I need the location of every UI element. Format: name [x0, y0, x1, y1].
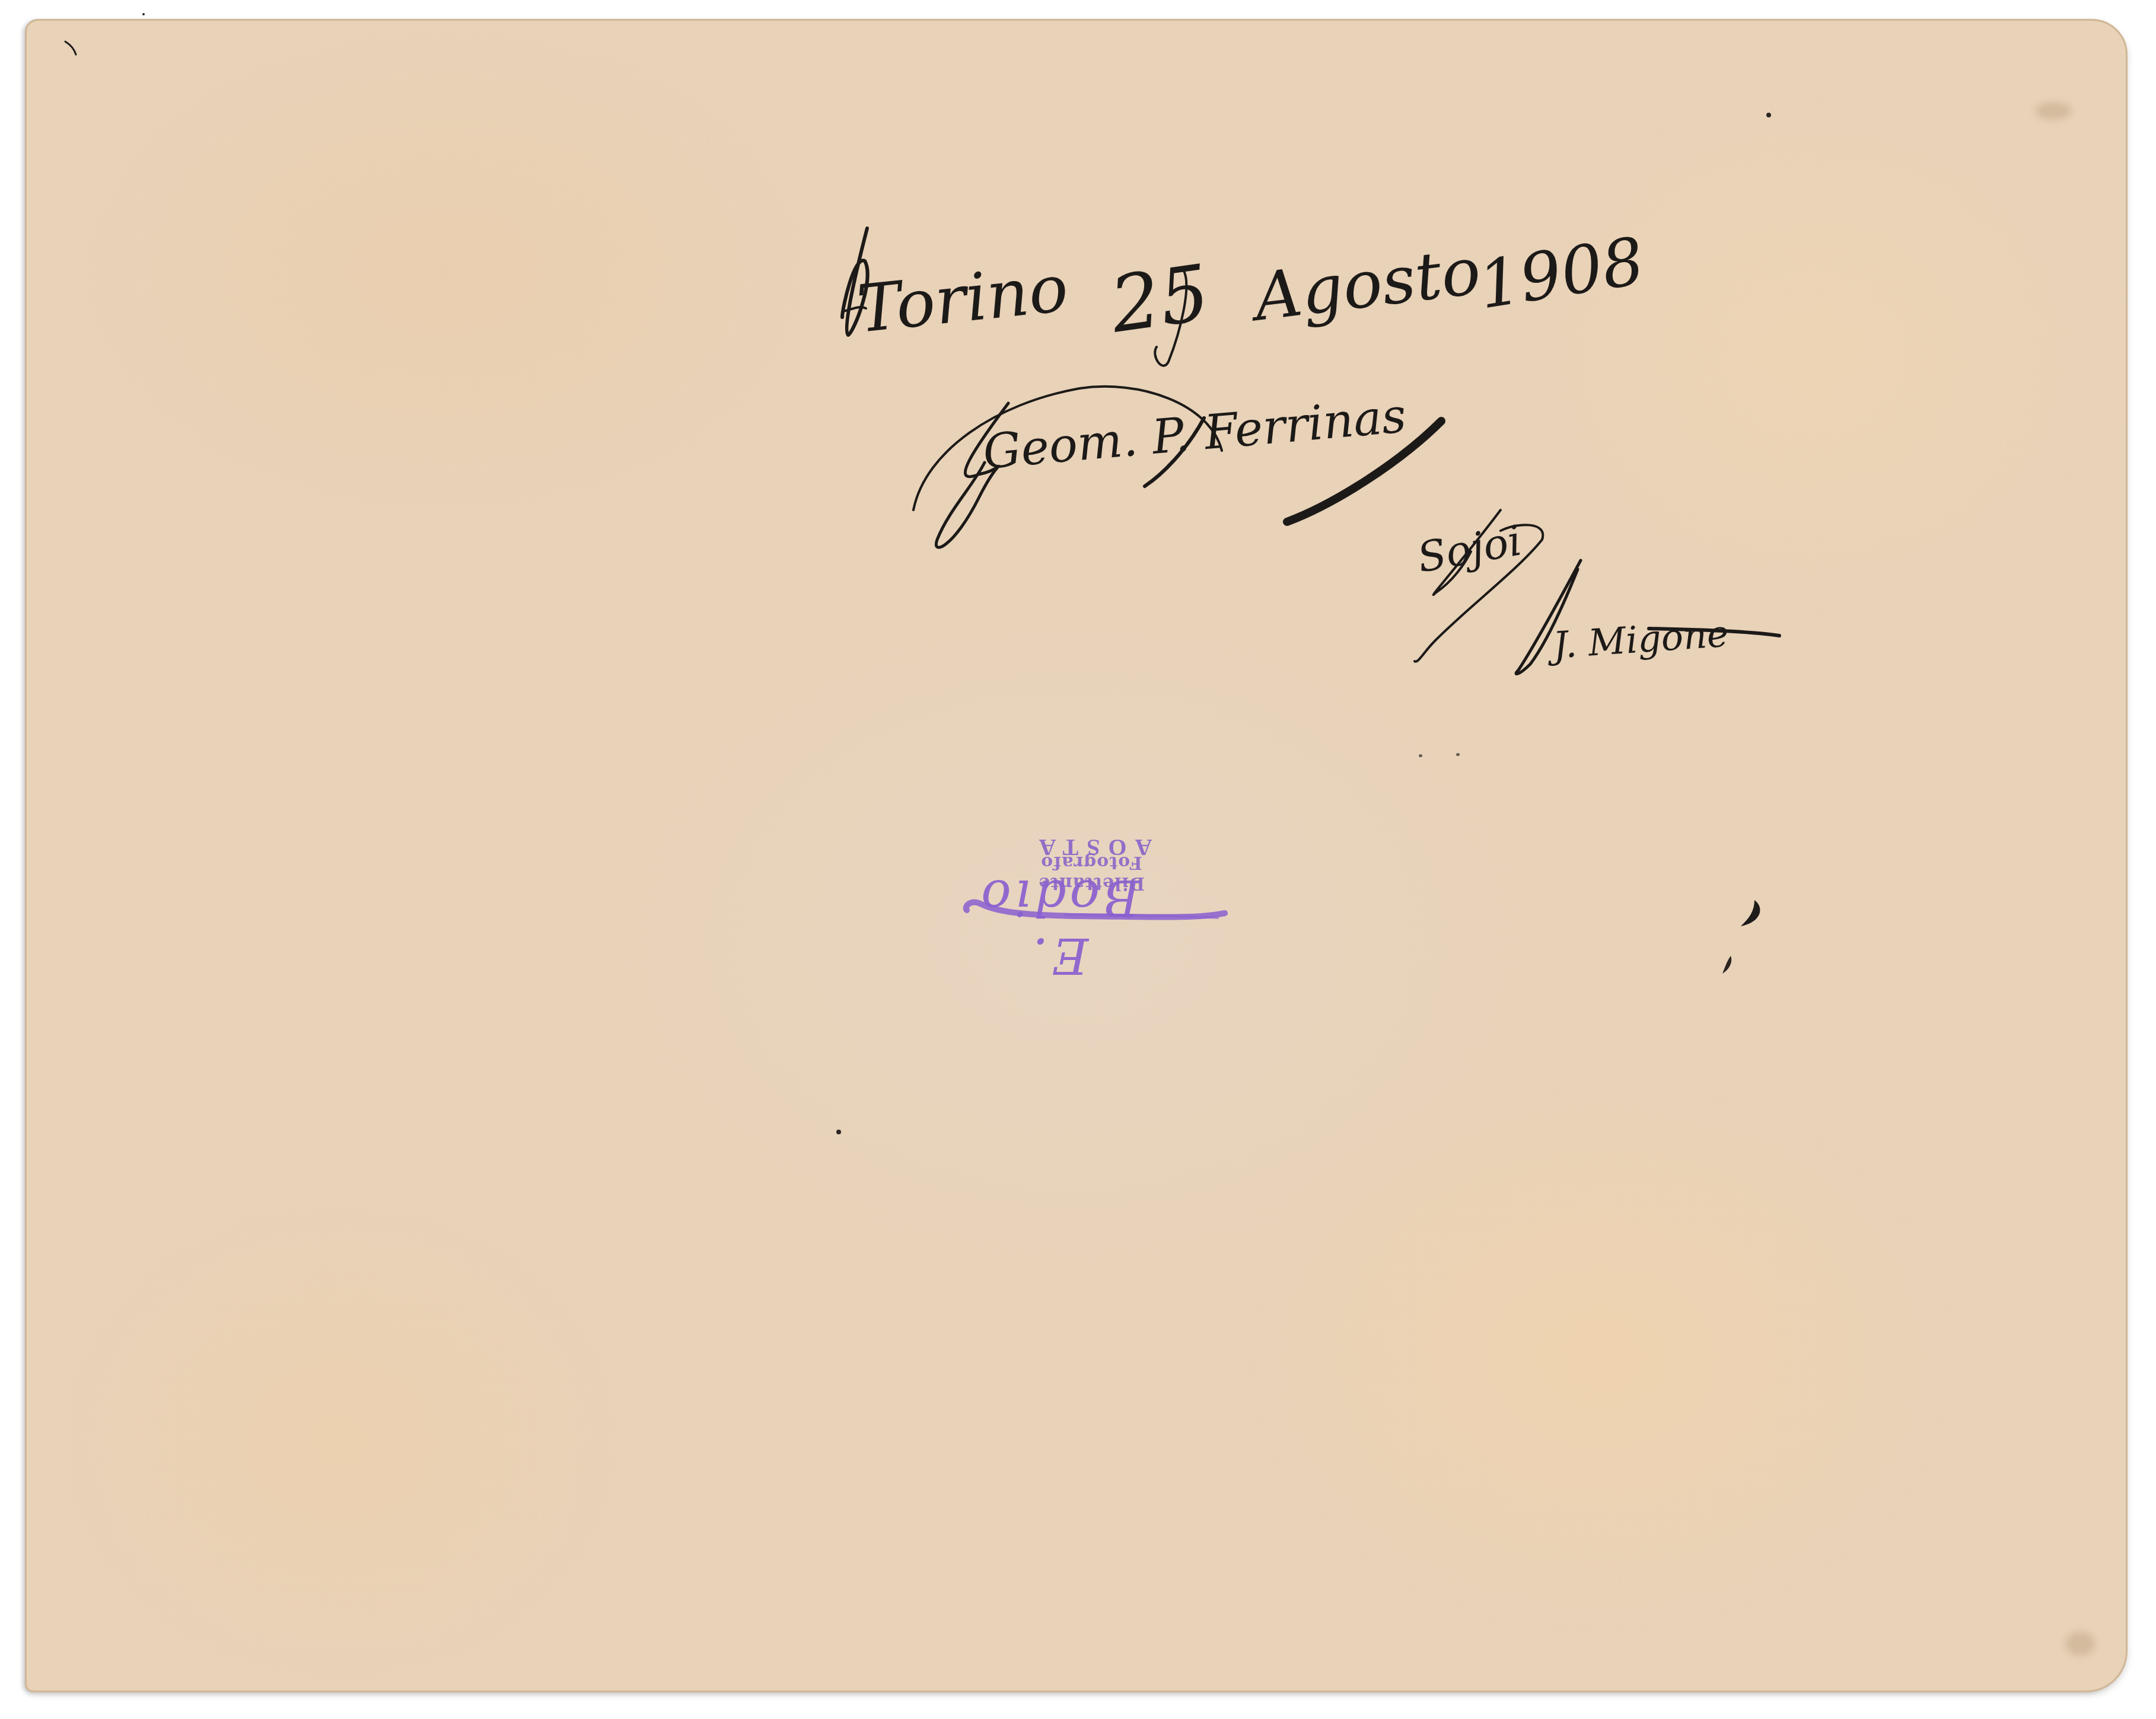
signature-2-handwriting: Sojoi: [1414, 510, 1543, 662]
signature-2-text: Sojoi: [1414, 516, 1526, 582]
ink-blot-crescent-icon: [1741, 900, 1760, 926]
speck: [836, 1130, 841, 1134]
stamp-city: AOSTA: [1017, 834, 1165, 862]
photographer-stamp: E. Bodio Dilettante Fotografo AOSTA: [940, 827, 1237, 987]
ink-blot-small-icon: [1722, 956, 1731, 974]
inscription-year: 1908: [1473, 222, 1649, 323]
inscription-word-torino: Torino: [854, 250, 1071, 347]
signature-3-handwriting: J. Migone: [1516, 560, 1779, 674]
signature-3-text: J. Migone: [1545, 611, 1730, 667]
inscription-day: 25: [1104, 247, 1215, 350]
inscription-month: Agosto: [1245, 232, 1485, 336]
inscription-handwriting: Torino 25 Agosto 1908: [842, 222, 1649, 365]
speck: [1766, 113, 1771, 117]
speck: [142, 13, 145, 15]
speck: [1419, 754, 1422, 757]
signature-1-handwriting: Geom. P. Ferrinas: [913, 387, 1441, 547]
speck: [1456, 753, 1460, 756]
stamp-flourish-icon: [940, 889, 1237, 931]
corner-tick-mark: [65, 42, 76, 55]
